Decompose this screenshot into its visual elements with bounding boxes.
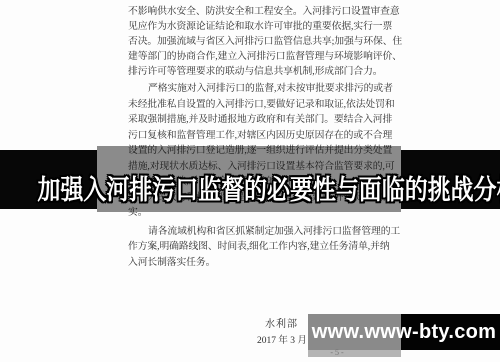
document-photo: 不影响供水安全、防洪安全和工程安全。入河排污口设置审查意 见应作为水资源论证结论… <box>0 0 500 362</box>
paragraph-3: 请各流域机构和省区抓紧制定加强入河排污口监督管理的工 作方案,明确路线图、时间表… <box>128 224 378 270</box>
document-date: 2017 年 3 月 2 <box>257 332 314 346</box>
signature-ministry: 水利部 <box>265 315 298 330</box>
document-line: 作方案,明确路线图、时间表,细化工作内容,建立任务清单,并纳 <box>128 239 378 254</box>
document-line: 污口复核和监督管理工作,对辖区内因历史原因存在的或不合理 <box>128 128 378 144</box>
document-line: 请各流域机构和省区抓紧制定加强入河排污口监督管理的工 <box>128 224 378 239</box>
document-line: 入河长制落实任务。 <box>128 255 378 270</box>
document-line: 建等部门的协商合作,建立入河排污口监督管理与环境影响评价、 <box>128 49 378 64</box>
document-line: 不影响供水安全、防洪安全和工程安全。入河排污口设置审查意 <box>128 4 378 19</box>
document-line: 排污许可等管理要求的联动与信息共享机制,形成部门合力。 <box>128 64 378 79</box>
watermark-text: www.www-bty.com <box>308 314 500 350</box>
document-line: 否决。加强流域与省区入河排污口监管信息共享;加强与环保、住 <box>128 34 378 49</box>
article-title: 加强入河排污口监督的必要性与面临的挑战分析 <box>38 172 463 208</box>
paragraph-1: 不影响供水安全、防洪安全和工程安全。入河排污口设置审查意 见应作为水资源论证结论… <box>128 4 378 79</box>
document-line: 未经批准私自设置的入河排污口,要做好记录和取证,依法处罚和 <box>128 97 378 113</box>
document-line: 见应作为水资源论证结论和取水许可审批的重要依据,实行一票 <box>128 19 378 34</box>
document-line: 严格实施对入河排污口的监督,对未按审批要求排污的或者 <box>128 81 378 97</box>
document-line: 采取强制措施,并及时通报地方政府和有关部门。要结合入河排 <box>128 112 378 128</box>
